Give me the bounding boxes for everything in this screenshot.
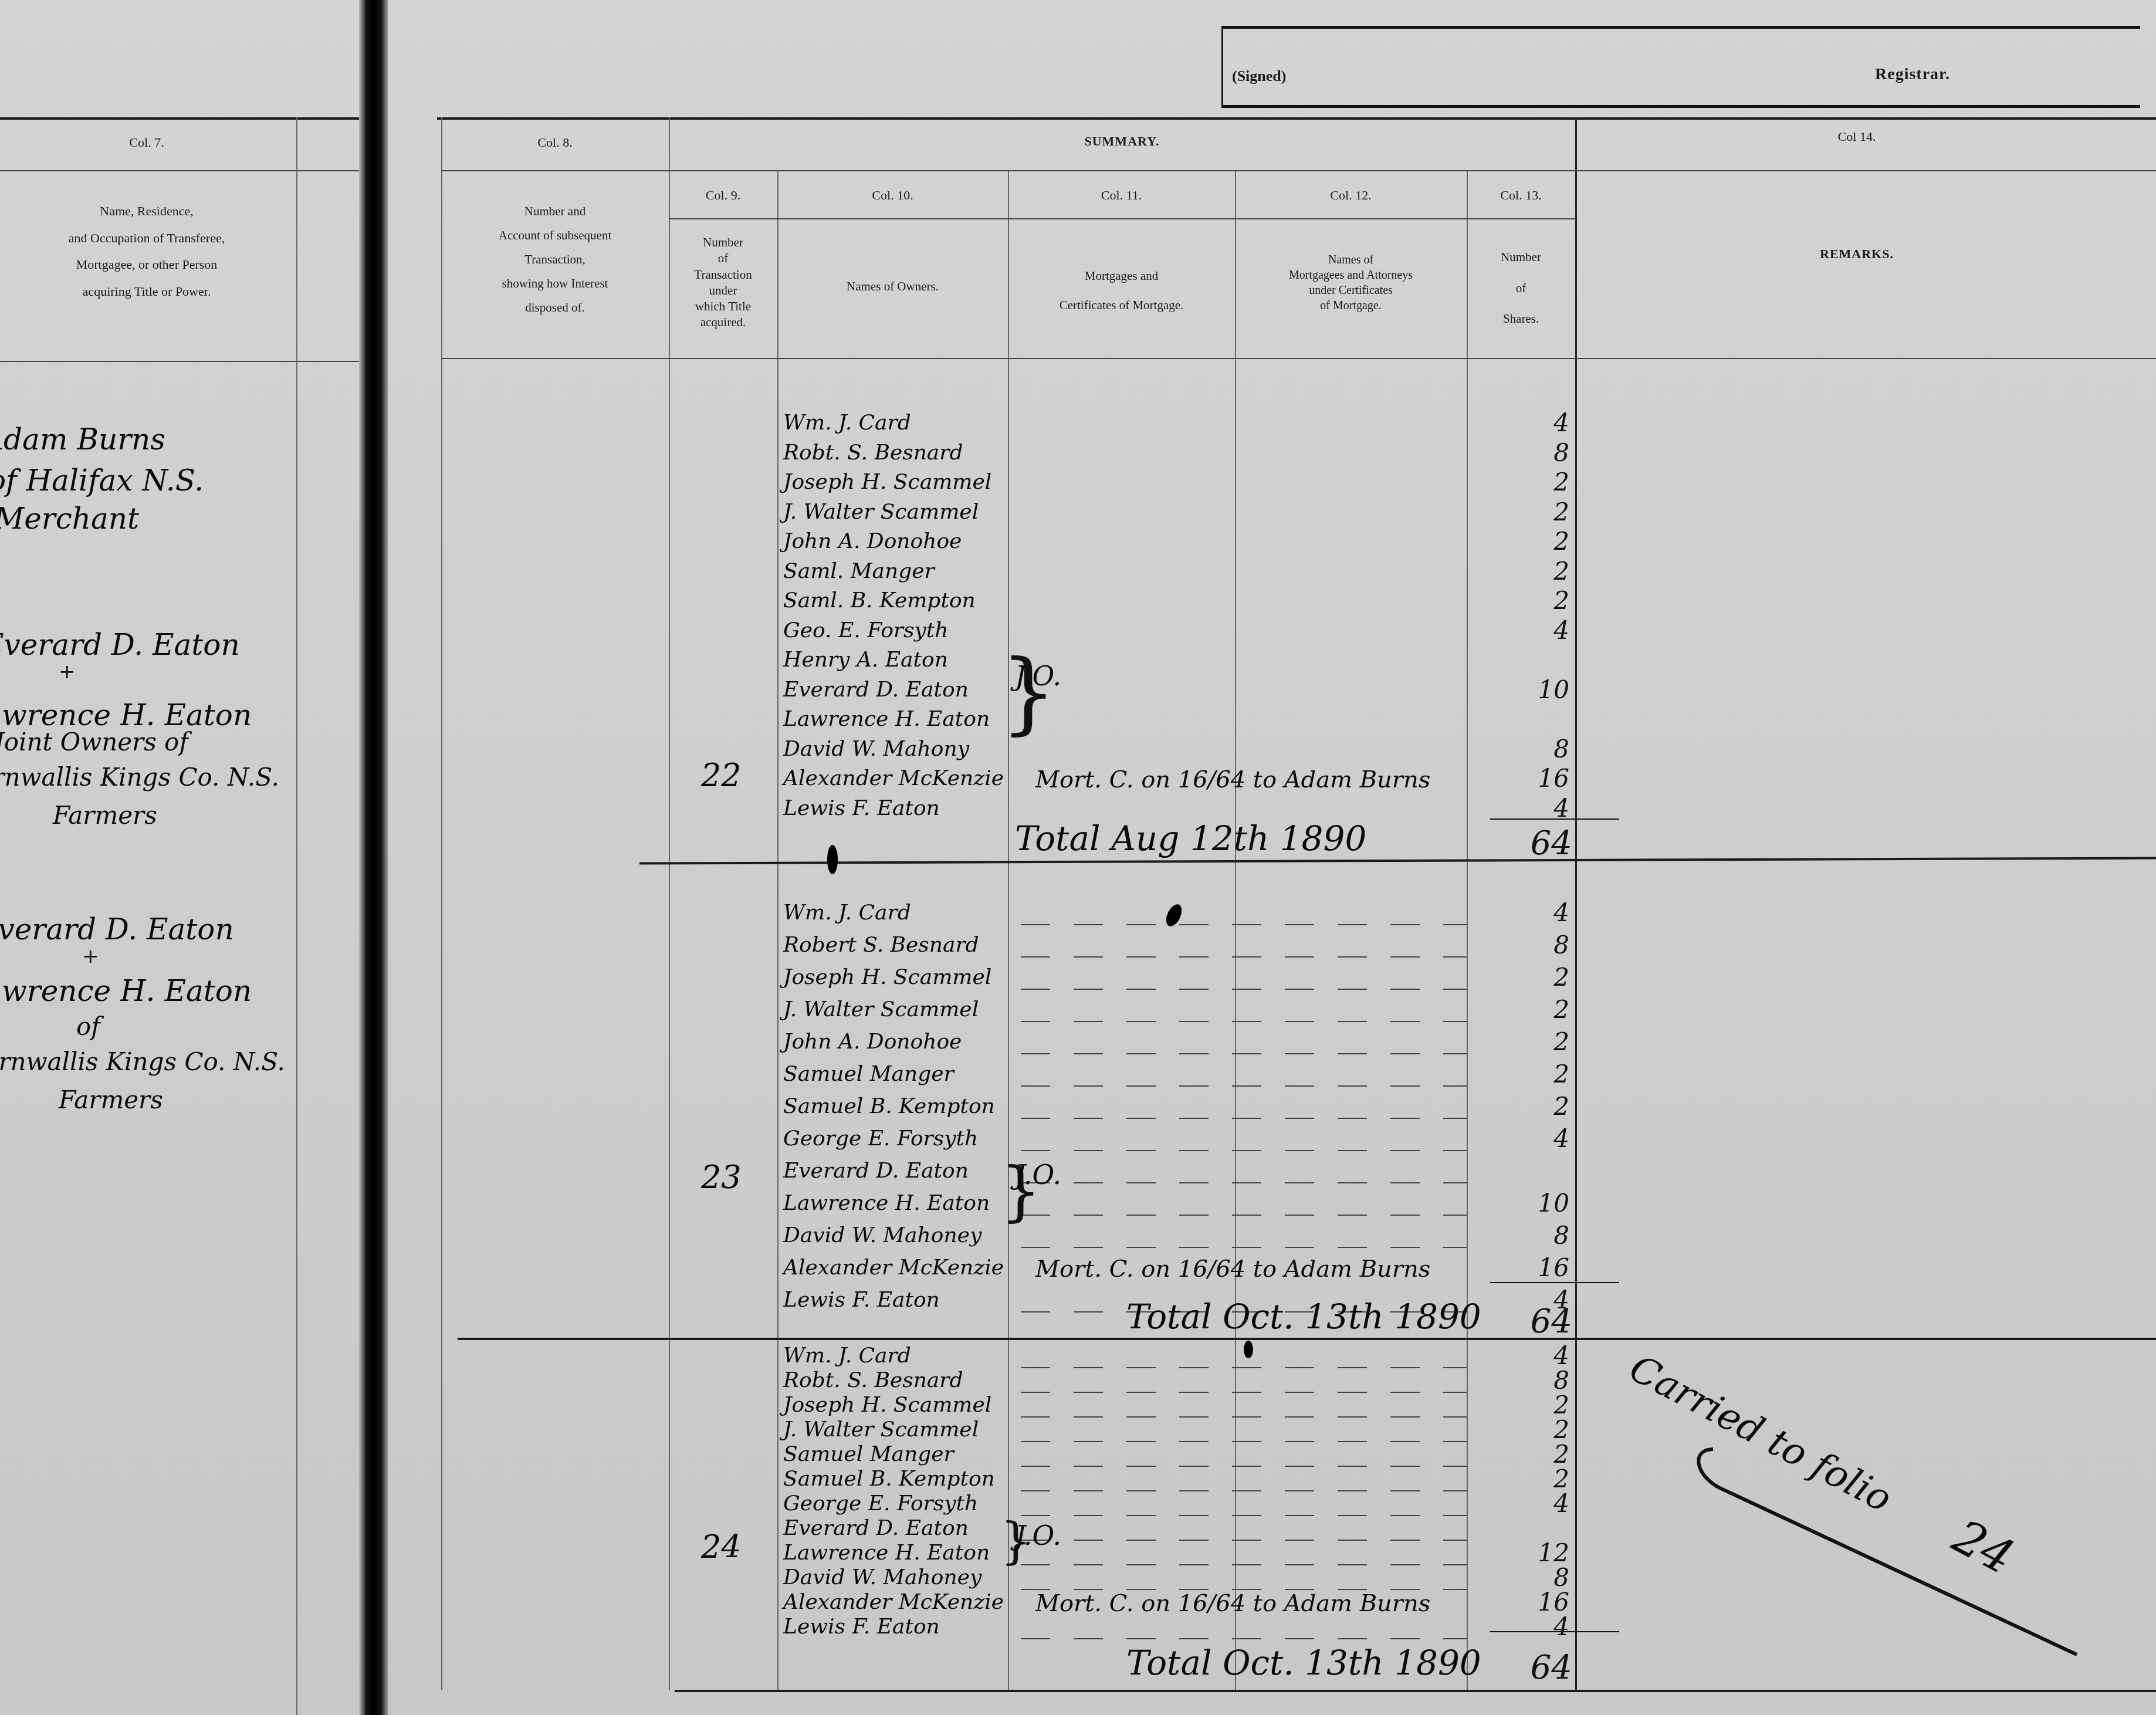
owner-shares: 4	[1522, 1612, 1569, 1641]
owner-name: J. Walter Scammel	[783, 997, 979, 1021]
owner-shares: 4	[1522, 616, 1569, 645]
owner-shares: 2	[1522, 1027, 1569, 1056]
left-page: Col. 7. Name, Residence, and Occupation …	[0, 0, 359, 1715]
col7-entry-3-plus: +	[82, 945, 99, 968]
owner-name: Wm. J. Card	[783, 1344, 911, 1368]
blank-dash-line	[1021, 1392, 1467, 1393]
blank-dash-line	[1021, 1540, 1467, 1541]
owner-name: Lawrence H. Eaton	[783, 1541, 990, 1565]
blank-dash-line	[1021, 1564, 1467, 1565]
summary-3-transaction-number: 24	[701, 1528, 742, 1565]
owner-name: Alexander McKenzie	[783, 1256, 1004, 1280]
summary-2-separator	[458, 1338, 2156, 1340]
owner-shares: 8	[1522, 438, 1569, 467]
col9-right-rule	[777, 170, 779, 1690]
owner-shares: 2	[1522, 557, 1569, 586]
col7-entry-3-line-6: Farmers	[59, 1085, 163, 1114]
owner-shares: 2	[1522, 586, 1569, 615]
col12-right-rule	[1467, 170, 1468, 1690]
owner-shares: 16	[1522, 764, 1569, 793]
owner-name: Everard D. Eaton	[783, 678, 969, 702]
owner-name: Wm. J. Card	[783, 411, 911, 435]
blank-dash-line	[1021, 989, 1467, 990]
signed-label: (Signed)	[1232, 66, 1302, 86]
col8-left-rule	[441, 117, 442, 1690]
owner-name: Everard D. Eaton	[783, 1516, 969, 1540]
owner-name: Joseph H. Scammel	[783, 1393, 991, 1417]
owner-name: J. Walter Scammel	[783, 1418, 979, 1442]
owner-shares: 2	[1522, 995, 1569, 1024]
owner-name: Saml. B. Kempton	[783, 588, 976, 613]
col11-title: Mortgages and Certificates of Mortgage.	[1008, 261, 1235, 320]
blank-dash-line	[1021, 1441, 1467, 1442]
blank-dash-line	[1021, 1021, 1467, 1022]
col14-number: Col 14.	[1575, 128, 2138, 146]
header-bottom-rule	[441, 358, 2156, 359]
owner-name: Wm. J. Card	[783, 901, 911, 925]
blank-dash-line	[1021, 1118, 1467, 1119]
col7-entry-1-line-2: of Halifax N.S.	[0, 464, 204, 498]
ink-blot	[1244, 1341, 1253, 1358]
ink-blot	[827, 845, 838, 874]
joint-owner-mark: J.O.	[1015, 1159, 1061, 1190]
col12-title: Names of Mortgagees and Attorneys under …	[1235, 252, 1467, 313]
blank-dash-line	[1021, 1215, 1467, 1216]
owner-shares: 10	[1522, 675, 1569, 704]
summary-total-shares: 64	[1525, 1303, 1572, 1341]
owner-name: David W. Mahoney	[783, 1223, 981, 1247]
col12-number: Col. 12.	[1235, 187, 1467, 204]
owner-name: Joseph H. Scammel	[783, 965, 991, 989]
owner-name: Henry A. Eaton	[783, 648, 948, 672]
blank-dash-line	[1021, 1515, 1467, 1516]
blank-dash-line	[1021, 1490, 1467, 1491]
signature-box	[1221, 26, 2140, 108]
remarks-flourish	[1690, 1437, 2100, 1660]
summary-total-label: Total Aug 12th 1890	[1015, 818, 1366, 858]
owner-name: Samuel B. Kempton	[783, 1094, 995, 1118]
blank-dash-line	[1021, 1638, 1467, 1639]
blank-dash-line	[1021, 1466, 1467, 1467]
owner-shares: 2	[1522, 468, 1569, 496]
owner-name: Geo. E. Forsyth	[783, 618, 949, 642]
owner-name: George E. Forsyth	[783, 1127, 978, 1151]
book-gutter	[359, 0, 388, 1715]
blank-dash-line	[1021, 1247, 1467, 1248]
col10-number: Col. 10.	[777, 187, 1008, 204]
owner-name: Everard D. Eaton	[783, 1159, 969, 1183]
owner-name: Samuel Manger	[783, 1442, 954, 1466]
summary-1-transaction-number: 22	[701, 757, 742, 794]
mortgage-note: Mort. C. on 16/64 to Adam Burns	[1035, 1590, 1430, 1617]
summary-total-label: Total Oct. 13th 1890	[1126, 1297, 1481, 1337]
owner-name: Lewis F. Eaton	[783, 1615, 940, 1639]
summary-2-transaction-number: 23	[701, 1159, 742, 1196]
owner-name: Samuel B. Kempton	[783, 1467, 995, 1491]
blank-dash-line	[1021, 1150, 1467, 1151]
blank-dash-line	[1021, 1053, 1467, 1054]
summary-total-label: Total Oct. 13th 1890	[1126, 1643, 1481, 1683]
summary-label: SUMMARY.	[669, 133, 1575, 150]
owner-shares: 2	[1522, 1060, 1569, 1088]
col7-entry-2-line-5: Cornwallis Kings Co. N.S.	[0, 763, 279, 791]
owner-shares: 4	[1522, 408, 1569, 437]
header-rule	[0, 117, 359, 120]
col7-entry-1-line-1: Adam Burns	[0, 422, 165, 456]
owner-name: George E. Forsyth	[783, 1491, 978, 1516]
owner-name: Samuel Manger	[783, 1062, 954, 1086]
col7-entry-3-line-3: Lawrence H. Eaton	[0, 974, 252, 1008]
owner-shares: 2	[1522, 527, 1569, 556]
col8-right-rule	[669, 117, 670, 1690]
sum-rule	[1490, 1631, 1619, 1632]
owner-name: Robert S. Besnard	[783, 933, 979, 957]
col9-title: Number of Transaction under which Title …	[669, 235, 777, 331]
col7-entry-2-line-4: Joint Owners of	[0, 728, 188, 756]
col7-right-rule	[296, 117, 297, 1715]
col8-title: Number and Account of subsequent Transac…	[441, 199, 669, 320]
sum-rule	[1490, 1282, 1619, 1283]
owner-name: Robt. S. Besnard	[783, 441, 963, 465]
blank-dash-line	[1021, 956, 1467, 958]
owner-shares: 2	[1522, 498, 1569, 526]
owner-name: David W. Mahoney	[783, 1565, 981, 1589]
owner-shares: 2	[1522, 1092, 1569, 1121]
joint-owner-mark: J.O.	[1015, 1520, 1061, 1551]
col9-number: Col. 9.	[669, 187, 777, 204]
owner-name: Joseph H. Scammel	[783, 470, 991, 494]
col8-number: Col. 8.	[441, 134, 669, 151]
page-bottom-rule	[675, 1690, 2156, 1692]
col7-entry-3-line-5: Cornwallis Kings Co. N.S.	[0, 1047, 285, 1076]
col11-right-rule	[1235, 170, 1236, 1690]
col10-title: Names of Owners.	[777, 278, 1008, 295]
col13-title: Number of Shares.	[1467, 242, 1575, 334]
sum-rule	[1490, 818, 1619, 820]
owner-shares: 16	[1522, 1253, 1569, 1282]
summary-total-shares: 64	[1525, 1649, 1572, 1687]
owner-name: David W. Mahony	[783, 737, 969, 761]
owner-shares: 2	[1522, 963, 1569, 992]
col7-entry-2-line-1: Everard D. Eaton	[0, 628, 240, 662]
colnum-subrule	[669, 218, 1575, 219]
blank-dash-line	[1021, 924, 1467, 925]
owner-shares: 8	[1522, 735, 1569, 763]
col7-entry-1-line-3: Merchant	[0, 502, 139, 536]
owner-name: Saml. Manger	[783, 559, 935, 583]
col7-entry-3-line-1: Everard D. Eaton	[0, 912, 234, 946]
blank-dash-line	[1021, 1085, 1467, 1087]
registrar-label: Registrar.	[1854, 63, 1971, 86]
summary-total-shares: 64	[1525, 824, 1572, 862]
right-header-top-rule	[437, 117, 2156, 120]
col13-number: Col. 13.	[1467, 187, 1575, 204]
owner-name: Alexander McKenzie	[783, 766, 1004, 790]
owner-name: Alexander McKenzie	[783, 1590, 1004, 1614]
owner-shares: 4	[1522, 898, 1569, 927]
owner-shares: 4	[1522, 1124, 1569, 1153]
col7-entry-2-line-6: Farmers	[53, 801, 157, 830]
summary-subrule	[441, 170, 2156, 171]
col10-right-rule	[1008, 170, 1009, 1690]
col7-entry-2-plus: +	[59, 660, 76, 684]
col11-number: Col. 11.	[1008, 187, 1235, 204]
owner-name: John A. Donohoe	[783, 1030, 962, 1054]
joint-owner-mark: J.O.	[1015, 660, 1061, 692]
mortgage-note: Mort. C. on 16/64 to Adam Burns	[1035, 766, 1430, 793]
owner-name: Robt. S. Besnard	[783, 1368, 963, 1392]
owner-name: Lawrence H. Eaton	[783, 1191, 990, 1215]
col7-entry-3-line-4: of	[76, 1012, 100, 1041]
blank-dash-line	[1021, 1416, 1467, 1418]
owner-name: Lewis F. Eaton	[783, 1288, 940, 1312]
owner-name: Lawrence H. Eaton	[783, 707, 990, 731]
owner-name: John A. Donohoe	[783, 529, 962, 553]
header-bottom-rule	[0, 361, 359, 362]
col14-title: REMARKS.	[1575, 245, 2138, 263]
owner-shares: 4	[1522, 1489, 1569, 1518]
owner-name: J. Walter Scammel	[783, 500, 979, 524]
owner-shares: 10	[1522, 1189, 1569, 1217]
header-subrule	[0, 170, 359, 171]
col13-right-rule	[1575, 117, 1577, 1690]
col7-title: Name, Residence, and Occupation of Trans…	[0, 202, 293, 300]
owner-shares: 8	[1522, 931, 1569, 959]
blank-dash-line	[1021, 1367, 1467, 1368]
mortgage-note: Mort. C. on 16/64 to Adam Burns	[1035, 1256, 1430, 1283]
col7-number: Col. 7.	[0, 134, 293, 151]
owner-shares: 8	[1522, 1221, 1569, 1250]
blank-dash-line	[1021, 1182, 1467, 1183]
owner-name: Lewis F. Eaton	[783, 796, 940, 820]
